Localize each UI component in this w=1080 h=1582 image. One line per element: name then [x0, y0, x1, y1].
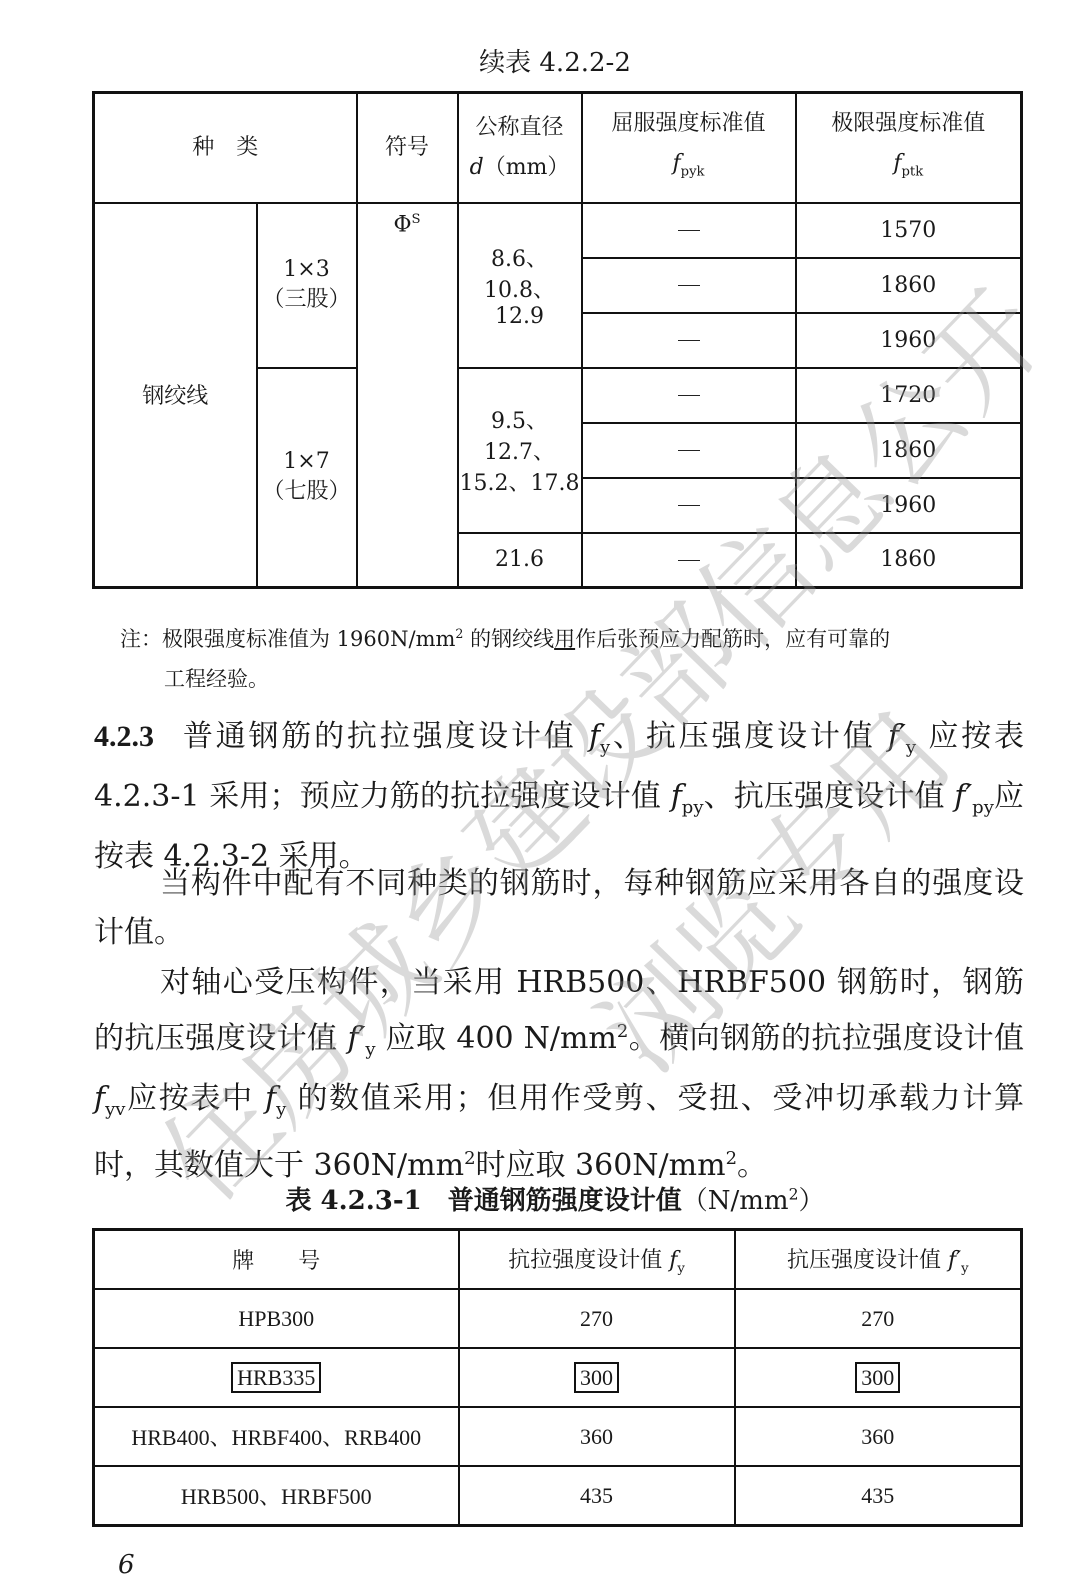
diameter-values: 8.6、10.8、	[459, 242, 581, 304]
header-yield-label: 屈服强度标准值	[583, 104, 795, 144]
math-sub: py	[972, 797, 994, 818]
header-compression: 抗压强度设计值 f′y	[735, 1230, 1022, 1290]
math-var: f′	[948, 1248, 961, 1273]
type-label: 1×7	[258, 449, 356, 474]
table-row: HRB400、HRBF400、RRB400 360 360	[94, 1407, 1022, 1466]
symbol-superscript: S	[412, 212, 421, 227]
math-sub: y	[365, 1039, 375, 1060]
diameter-unit: （mm）	[484, 155, 570, 180]
header-label: 抗拉强度设计值	[508, 1248, 669, 1273]
boxed-value: 300	[574, 1362, 619, 1393]
table-row: HRB335 300 300	[94, 1348, 1022, 1407]
caption-sup: 2	[789, 1185, 799, 1203]
phi-symbol: Φ	[393, 212, 411, 237]
page-number: 6	[118, 1550, 135, 1580]
fyp-cell: 270	[735, 1289, 1022, 1348]
yield-variable: f	[672, 151, 680, 176]
diameter-variable: d	[470, 155, 484, 180]
dash-mark	[678, 340, 700, 342]
grade-cell: HRB335	[94, 1348, 459, 1407]
header-tension: 抗拉强度设计值 fy	[459, 1230, 735, 1290]
header-diameter: 公称直径 d（mm）	[458, 93, 582, 203]
strand-strength-table: 种 类 符号 公称直径 d（mm） 屈服强度标准值 fpyk 极限强度标准值 f…	[92, 91, 1023, 589]
diameter-cell: 8.6、10.8、 12.9	[458, 203, 582, 368]
dash-mark	[678, 230, 700, 232]
body-text: 、抗压强度设计值	[610, 719, 888, 754]
dash-mark	[678, 450, 700, 452]
header-yield-strength: 屈服强度标准值 fpyk	[582, 93, 796, 203]
table-note: 注：极限强度标准值为 1960N/mm2 的钢绞线用作后张预应力配筋时，应有可靠…	[120, 614, 1030, 699]
fpyk-cell	[582, 533, 796, 588]
fptk-cell: 1960	[796, 478, 1022, 533]
fyp-cell: 435	[735, 1466, 1022, 1526]
table-header-row: 牌 号 抗拉强度设计值 fy 抗压强度设计值 f′y	[94, 1230, 1022, 1290]
fy-cell: 435	[459, 1466, 735, 1526]
dash-mark	[678, 505, 700, 507]
table-row: 钢绞线 1×3 （三股） ΦS 8.6、10.8、 12.9 1570	[94, 203, 1022, 258]
section-number: 4.2.3	[94, 720, 154, 753]
table-row: HRB500、HRBF500 435 435	[94, 1466, 1022, 1526]
fpyk-cell	[582, 478, 796, 533]
math-var: f′	[888, 719, 906, 754]
fpyk-cell	[582, 313, 796, 368]
fpyk-cell	[582, 258, 796, 313]
math-var: f	[671, 779, 682, 814]
fpyk-cell	[582, 368, 796, 423]
header-ultimate-label: 极限强度标准值	[797, 104, 1021, 144]
math-sub: y	[677, 1261, 684, 1276]
note-underlined-char: 用	[554, 627, 575, 651]
table-4-2-2-2-caption: 续表 4.2.2-2	[0, 42, 1080, 79]
math-sub: py	[682, 797, 704, 818]
body-text: 普通钢筋的抗拉强度设计值	[180, 719, 589, 754]
ultimate-subscript: ptk	[901, 164, 923, 179]
note-text-line2: 工程经验。	[120, 659, 1030, 699]
fpyk-cell	[582, 203, 796, 258]
table-row: HPB300 270 270	[94, 1289, 1022, 1348]
diameter-values: 15.2、17.8	[459, 466, 581, 497]
type-cell-1x7: 1×7 （七股）	[257, 368, 357, 588]
header-label: 抗压强度设计值	[787, 1248, 948, 1273]
header-diameter-label: 公称直径	[459, 108, 581, 148]
type-label: 1×3	[258, 257, 356, 282]
note-text: 的钢绞线	[463, 627, 554, 651]
table-header-row: 种 类 符号 公称直径 d（mm） 屈服强度标准值 fpyk 极限强度标准值 f…	[94, 93, 1022, 203]
math-sub: yv	[105, 1099, 125, 1120]
fy-cell: 360	[459, 1407, 735, 1466]
fptk-cell: 1860	[796, 533, 1022, 588]
diameter-values: 9.5、12.7、	[459, 404, 581, 466]
math-var: f	[589, 719, 600, 754]
fptk-cell: 1570	[796, 203, 1022, 258]
dash-mark	[678, 285, 700, 287]
body-text: 时应取 360N/mm	[476, 1148, 726, 1183]
math-sub: y	[961, 1261, 968, 1276]
boxed-grade: HRB335	[231, 1362, 321, 1393]
caption-title: 表 4.2.3-1 普通钢筋强度设计值	[285, 1186, 681, 1216]
table-4-2-3-1-caption: 表 4.2.3-1 普通钢筋强度设计值（N/mm2）	[0, 1180, 1080, 1217]
math-var: f	[94, 1081, 105, 1116]
math-sup: 2	[617, 1021, 628, 1042]
type-desc: （七股）	[258, 474, 356, 505]
body-text: 。	[737, 1148, 767, 1183]
diameter-values: 12.9	[459, 304, 581, 329]
header-grade: 牌 号	[94, 1230, 459, 1290]
grade-cell: HPB300	[94, 1289, 459, 1348]
fyp-cell: 360	[735, 1407, 1022, 1466]
header-symbol: 符号	[357, 93, 458, 203]
diameter-cell: 21.6	[458, 533, 582, 588]
section-4-2-3-paragraph-3: 对轴心受压构件，当采用 HRB500、HRBF500 钢筋时，钢筋的抗压强度设计…	[94, 958, 1024, 1190]
type-desc: （三股）	[258, 282, 356, 313]
math-sub: y	[276, 1099, 286, 1120]
math-sub: y	[906, 737, 916, 758]
body-text: 应取 400 N/mm	[376, 1021, 617, 1056]
type-cell-1x3: 1×3 （三股）	[257, 203, 357, 368]
grade-cell: HRB400、HRBF400、RRB400	[94, 1407, 459, 1466]
fptk-cell: 1860	[796, 258, 1022, 313]
caption-unit: ）	[799, 1186, 825, 1216]
fptk-cell: 1860	[796, 423, 1022, 478]
fy-cell: 300	[459, 1348, 735, 1407]
yield-subscript: pyk	[681, 164, 705, 179]
grade-cell: HRB500、HRBF500	[94, 1466, 459, 1526]
note-text: 注：极限强度标准值为 1960N/mm	[120, 627, 455, 651]
symbol-cell: ΦS	[357, 203, 458, 588]
body-text: 、抗压强度设计值	[704, 779, 955, 814]
header-ultimate-strength: 极限强度标准值 fptk	[796, 93, 1022, 203]
note-text: 作后张预应力配筋时，应有可靠的	[575, 627, 890, 651]
body-text: 。横向钢筋的抗拉强度设计值	[628, 1021, 1024, 1056]
diameter-cell: 9.5、12.7、 15.2、17.8	[458, 368, 582, 533]
boxed-value: 300	[855, 1362, 900, 1393]
math-sub: y	[600, 737, 610, 758]
dash-mark	[678, 560, 700, 562]
body-text: 应按表中	[125, 1081, 265, 1116]
fptk-cell: 1720	[796, 368, 1022, 423]
fpyk-cell	[582, 423, 796, 478]
math-var: f′	[347, 1021, 365, 1056]
fy-cell: 270	[459, 1289, 735, 1348]
rebar-design-strength-table: 牌 号 抗拉强度设计值 fy 抗压强度设计值 f′y HPB300 270 27…	[92, 1228, 1023, 1527]
fyp-cell: 300	[735, 1348, 1022, 1407]
fptk-cell: 1960	[796, 313, 1022, 368]
dash-mark	[678, 395, 700, 397]
header-kind: 种 类	[94, 93, 357, 203]
section-4-2-3-paragraph-1: 4.2.3普通钢筋的抗拉强度设计值 fy、抗压强度设计值 f′y 应按表 4.2…	[94, 712, 1024, 881]
math-sup: 2	[726, 1148, 737, 1169]
caption-unit: （N/mm	[682, 1186, 789, 1216]
math-var: f′	[954, 779, 972, 814]
category-cell: 钢绞线	[94, 203, 257, 588]
section-4-2-3-paragraph-2: 当构件中配有不同种类的钢筋时，每种钢筋应采用各自的强度设计值。	[94, 859, 1024, 957]
math-var: f	[265, 1081, 276, 1116]
math-sup: 2	[464, 1148, 475, 1169]
